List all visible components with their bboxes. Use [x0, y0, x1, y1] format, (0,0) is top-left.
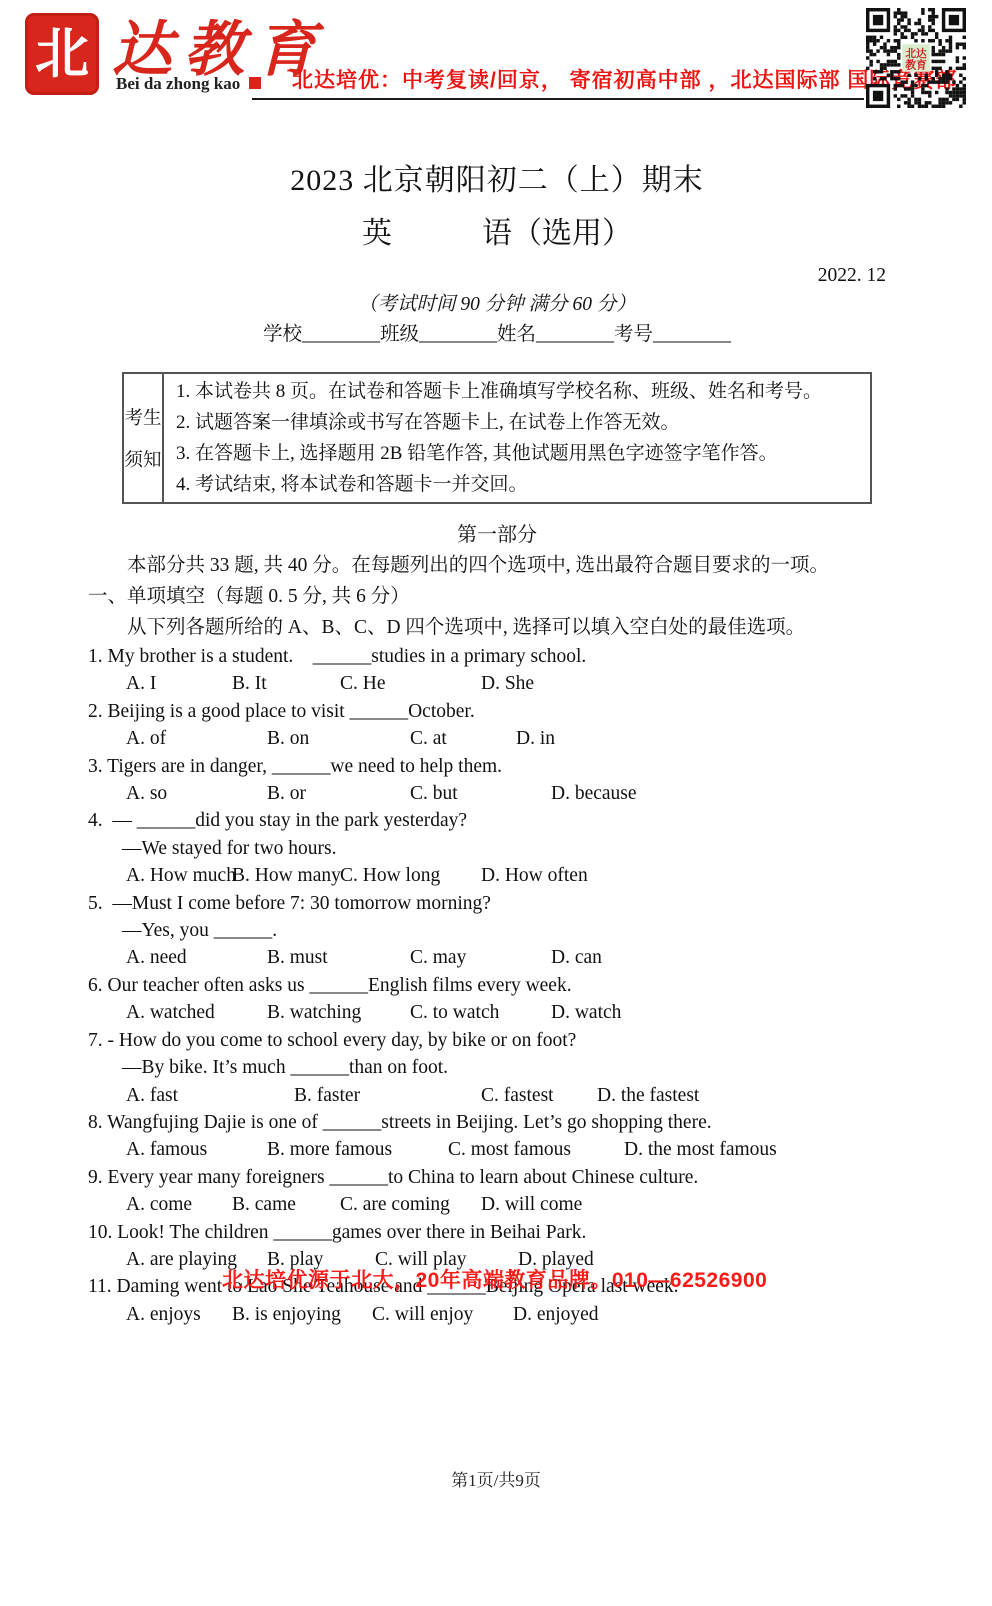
question-options: A. watchedB. watchingC. to watchD. watch	[88, 999, 906, 1026]
question-text: 10. Look! The children ______games over …	[88, 1219, 906, 1246]
page-title: 2023 北京朝阳初二（上）期末	[88, 156, 906, 206]
option-d: D. watch	[551, 999, 621, 1026]
option-a: A. of	[126, 725, 267, 752]
question-options: A. soB. orC. butD. because	[88, 780, 906, 807]
notice-item: 3. 在答题卡上, 选择题用 2B 铅笔作答, 其他试题用黑色字迹签字笔作答。	[176, 438, 862, 469]
option-d: D. enjoyed	[513, 1301, 599, 1328]
option-d: D. the most famous	[624, 1136, 777, 1163]
document-body: 2023 北京朝阳初二（上）期末 英 语（选用） 2022. 12 （考试时间 …	[88, 156, 906, 1328]
option-c: C. at	[410, 725, 516, 752]
option-c: C. are coming	[340, 1191, 481, 1218]
notice-label: 考生 须知	[124, 374, 164, 502]
question-text: —Yes, you ______.	[88, 917, 906, 944]
option-a: A. enjoys	[126, 1301, 232, 1328]
section-heading: 一、单项填空（每题 0. 5 分, 共 6 分）	[88, 581, 906, 612]
option-d: D. will come	[481, 1191, 582, 1218]
option-c: C. to watch	[410, 999, 551, 1026]
question: 2. Beijing is a good place to visit ____…	[88, 698, 906, 753]
student-fields: 学校________班级________姓名________考号________	[88, 320, 906, 350]
question-options: A. famousB. more famousC. most famousD. …	[88, 1136, 906, 1163]
option-b: B. faster	[294, 1082, 481, 1109]
page-footer: 第1页/共9页	[0, 1466, 992, 1491]
option-b: B. more famous	[267, 1136, 448, 1163]
question-text: 6. Our teacher often asks us ______Engli…	[88, 972, 906, 999]
option-c: C. He	[340, 670, 481, 697]
question: 1. My brother is a student. ______studie…	[88, 643, 906, 698]
notice-label-top: 考生	[124, 404, 161, 430]
question: 9. Every year many foreigners ______to C…	[88, 1164, 906, 1219]
option-a: A. fast	[126, 1082, 294, 1109]
option-d: D. can	[551, 944, 602, 971]
option-b: B. It	[232, 670, 340, 697]
header-rule	[252, 98, 864, 100]
option-b: B. on	[267, 725, 410, 752]
exam-meta: （考试时间 90 分钟 满分 60 分）	[88, 290, 906, 320]
question-options: A. How muchB. How manyC. How longD. How …	[88, 862, 906, 889]
header-slogan: 北达培优：中考复读/回京， 寄宿初高中部 ，北达国际部 国际竞赛部	[292, 64, 957, 94]
notice-box: 考生 须知 1. 本试卷共 8 页。在试卷和答题卡上准确填写学校名称、班级、姓名…	[122, 372, 872, 504]
question-options: A. enjoysB. is enjoyingC. will enjoyD. e…	[88, 1301, 906, 1328]
brand-seal: 北	[25, 13, 99, 95]
option-d: D. the fastest	[597, 1082, 699, 1109]
option-c: C. will enjoy	[372, 1301, 513, 1328]
question-options: A. comeB. cameC. are comingD. will come	[88, 1191, 906, 1218]
question: 8. Wangfujing Dajie is one of ______stre…	[88, 1109, 906, 1164]
option-b: B. must	[267, 944, 410, 971]
question-text: 4. — ______did you stay in the park yest…	[88, 807, 906, 834]
question-text: —We stayed for two hours.	[88, 835, 906, 862]
option-d: D. in	[516, 725, 555, 752]
question-text: 2. Beijing is a good place to visit ____…	[88, 698, 906, 725]
brand-square-icon	[249, 77, 261, 89]
question-text: 7. - How do you come to school every day…	[88, 1027, 906, 1054]
question-text: 5. —Must I come before 7: 30 tomorrow mo…	[88, 890, 906, 917]
option-a: A. need	[126, 944, 267, 971]
option-b: B. came	[232, 1191, 340, 1218]
option-b: B. How many	[232, 862, 340, 889]
option-a: A. famous	[126, 1136, 267, 1163]
question: 3. Tigers are in danger, ______we need t…	[88, 753, 906, 808]
exam-subject: 英 语（选用）	[88, 206, 906, 262]
question-text: —By bike. It’s much ______than on foot.	[88, 1054, 906, 1081]
brand-seal-char: 北	[35, 27, 89, 81]
option-b: B. or	[267, 780, 410, 807]
option-c: C. most famous	[448, 1136, 624, 1163]
exam-date: 2022. 12	[88, 262, 906, 290]
notice-item: 1. 本试卷共 8 页。在试卷和答题卡上准确填写学校名称、班级、姓名和考号。	[176, 376, 862, 407]
question-text: 9. Every year many foreigners ______to C…	[88, 1164, 906, 1191]
option-a: A. come	[126, 1191, 232, 1218]
option-b: B. is enjoying	[232, 1301, 372, 1328]
question-options: A. fastB. fasterC. fastestD. the fastest	[88, 1082, 906, 1109]
option-a: A. I	[126, 670, 232, 697]
question: 5. —Must I come before 7: 30 tomorrow mo…	[88, 890, 906, 972]
exam-page: 北 达教育 Bei da zhong kao 北达培优：中考复读/回京， 寄宿初…	[0, 0, 992, 1606]
question: 6. Our teacher often asks us ______Engli…	[88, 972, 906, 1027]
notice-item: 2. 试题答案一律填涂或书写在答题卡上, 在试卷上作答无效。	[176, 407, 862, 438]
section-intro: 从下列各题所给的 A、B、C、D 四个选项中, 选择可以填入空白处的最佳选项。	[88, 612, 906, 643]
question-options: A. IB. ItC. HeD. She	[88, 670, 906, 697]
question-text: 3. Tigers are in danger, ______we need t…	[88, 753, 906, 780]
question-options: A. ofB. onC. atD. in	[88, 725, 906, 752]
part-heading: 第一部分	[88, 520, 906, 550]
option-c: C. fastest	[481, 1082, 597, 1109]
option-c: C. but	[410, 780, 551, 807]
option-d: D. because	[551, 780, 637, 807]
brand-subtitle-text: Bei da zhong kao	[116, 74, 240, 93]
option-c: C. How long	[340, 862, 481, 889]
option-a: A. so	[126, 780, 267, 807]
question: 4. — ______did you stay in the park yest…	[88, 807, 906, 889]
option-a: A. How much	[126, 862, 232, 889]
svg-text:北达: 北达	[905, 47, 927, 60]
watermark: 北达培优源于北大，20年高端教育品牌。010—62526900	[222, 1264, 767, 1294]
notice-label-bottom: 须知	[124, 446, 161, 472]
question-text: 1. My brother is a student. ______studie…	[88, 643, 906, 670]
qr-code: 北达教育	[866, 8, 966, 108]
part-intro: 本部分共 33 题, 共 40 分。在每题列出的四个选项中, 选出最符合题目要求…	[88, 550, 906, 581]
brand-subtitle: Bei da zhong kao	[116, 74, 261, 94]
option-b: B. watching	[267, 999, 410, 1026]
notice-item: 4. 考试结束, 将本试卷和答题卡一并交回。	[176, 469, 862, 500]
option-a: A. watched	[126, 999, 267, 1026]
question-options: A. needB. mustC. mayD. can	[88, 944, 906, 971]
option-d: D. How often	[481, 862, 588, 889]
option-d: D. She	[481, 670, 534, 697]
notice-items: 1. 本试卷共 8 页。在试卷和答题卡上准确填写学校名称、班级、姓名和考号。 2…	[164, 374, 870, 502]
question: 7. - How do you come to school every day…	[88, 1027, 906, 1109]
svg-text:教育: 教育	[904, 59, 927, 72]
question-text: 8. Wangfujing Dajie is one of ______stre…	[88, 1109, 906, 1136]
option-c: C. may	[410, 944, 551, 971]
